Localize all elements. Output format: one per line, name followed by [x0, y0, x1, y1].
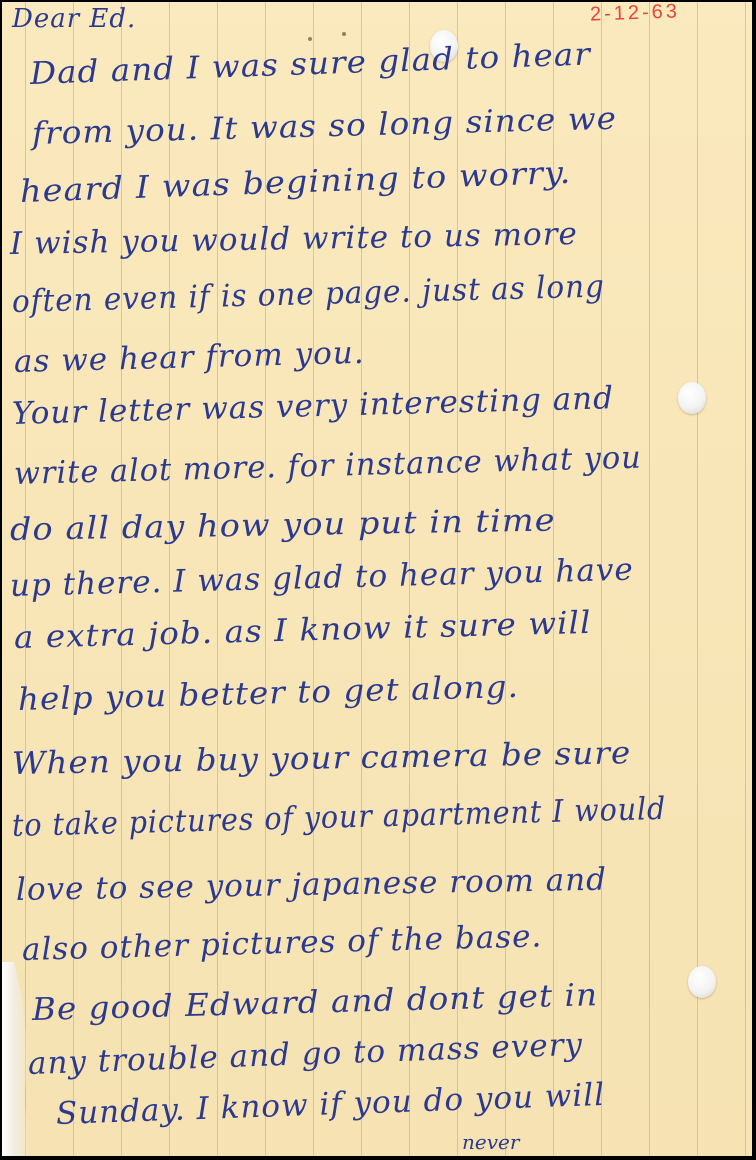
letter-line-3: heard I was begining to worry.: [19, 155, 572, 210]
letter-line-16: also other pictures of the base.: [22, 918, 543, 968]
letter-page: 2-12-63 Dear Ed. Dad and I was sure glad…: [2, 2, 752, 1156]
interlinear-note: never: [462, 1130, 519, 1154]
letter-date: 2-12-63: [590, 2, 681, 27]
paper-speck: [308, 37, 312, 41]
letter-line-14: to take pictures of your apartment I wou…: [12, 791, 667, 844]
letter-line-11: a extra job. as I know it sure will: [14, 605, 592, 656]
letter-line-10: up there. I was glad to hear you have: [10, 552, 635, 604]
salutation: Dear Ed.: [12, 4, 136, 34]
letter-line-13: When you buy your camera be sure: [12, 735, 632, 782]
letter-line-4: I wish you would write to us more: [10, 216, 578, 262]
punch-hole-bottom: [688, 966, 716, 998]
letter-line-19: Sunday. I know if you do you will: [55, 1077, 605, 1132]
letter-line-18: any trouble and go to mass every: [27, 1027, 583, 1082]
letter-line-9: do all day how you put in time: [10, 502, 556, 548]
letter-line-8: write alot more. for instance what you: [14, 440, 643, 492]
letter-line-1: Dad and I was sure glad to hear: [29, 36, 591, 92]
letter-line-12: help you better to get along.: [18, 669, 520, 718]
punch-hole-middle: [678, 382, 706, 414]
letter-line-5: often even if is one page. just as long: [12, 268, 606, 320]
paper-speck: [342, 32, 346, 36]
letter-line-7: Your letter was very interesting and: [12, 380, 615, 432]
letter-line-2: from you. It was so long since we: [32, 101, 618, 152]
letter-line-15: love to see your japanese room and: [16, 862, 608, 908]
letter-line-6: as we hear from you.: [14, 335, 365, 380]
letter-line-17: Be good Edward and dont get in: [32, 977, 599, 1028]
